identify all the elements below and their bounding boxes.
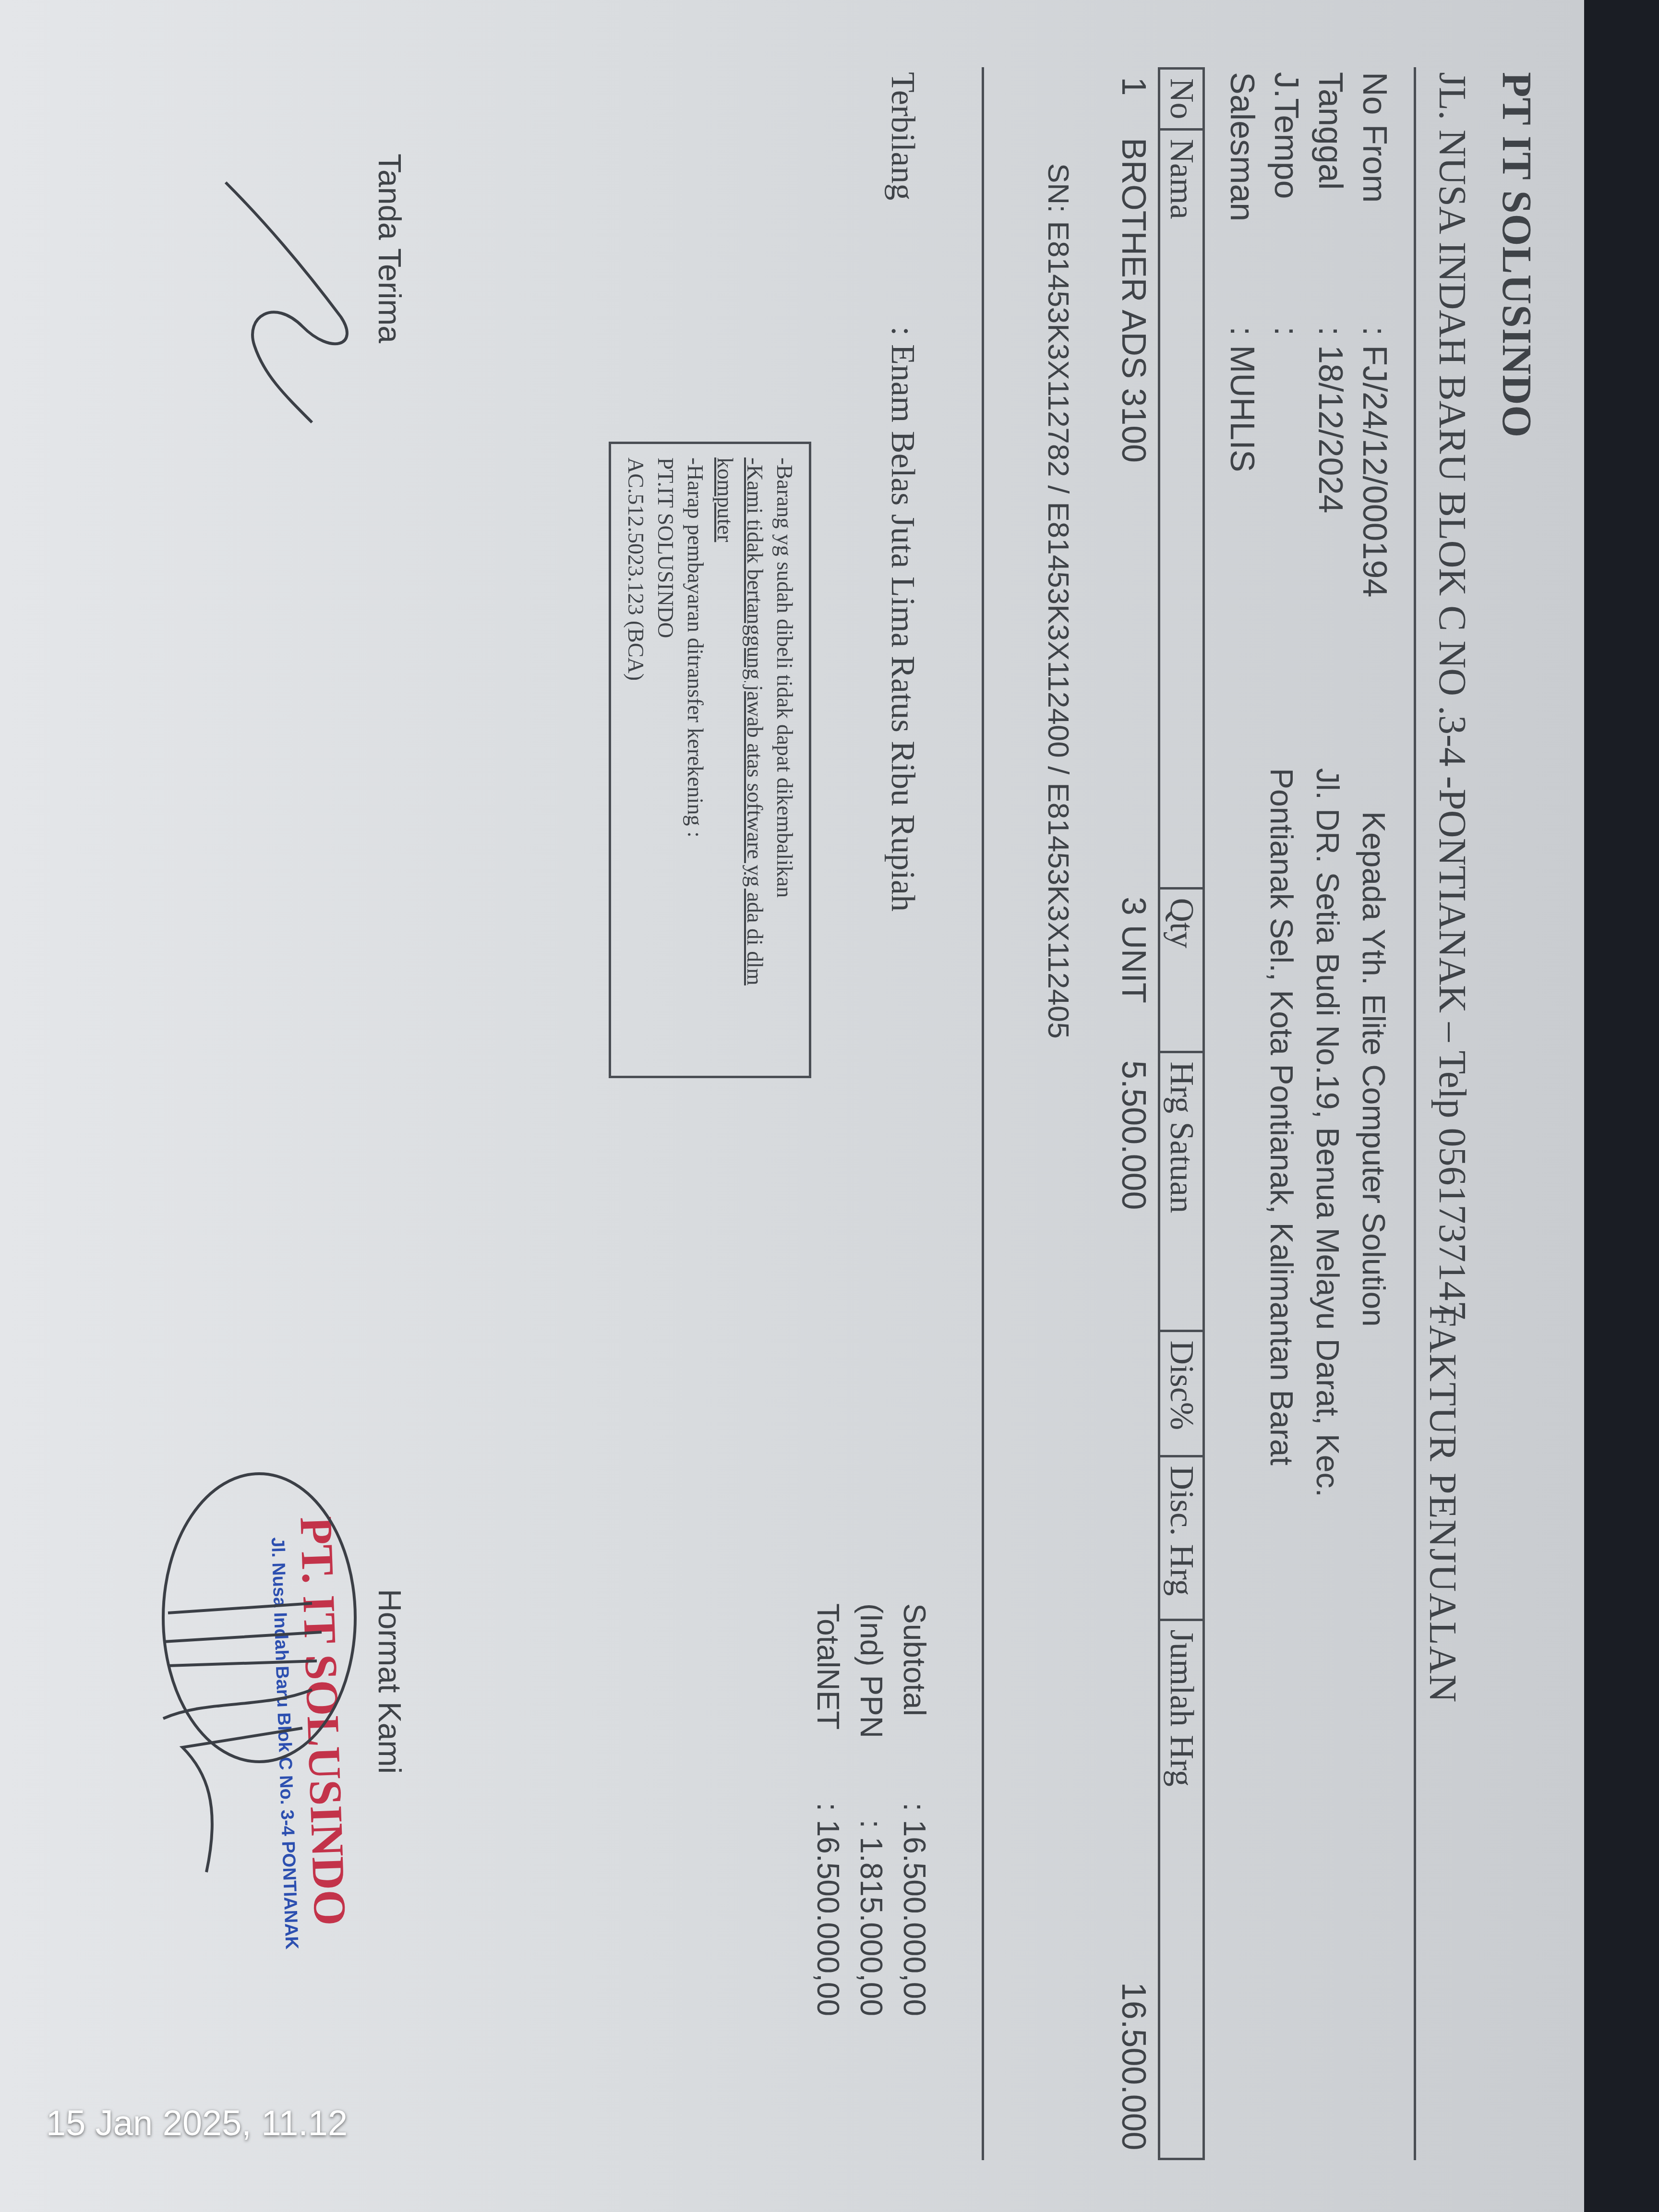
column-header: Disc. Hrg [1159, 1456, 1204, 1620]
note-line: -Barang yg sudah dibeli tidak dapat dike… [769, 457, 799, 1062]
stamp-name: PT. IT SOLUSINDO [290, 1516, 356, 1927]
item-discount-amount [1110, 1456, 1159, 1620]
meta-label: Salesman [1220, 72, 1264, 326]
item-total: 16.500.000 [1110, 1620, 1159, 2159]
tax-row: (Ind) PPN : 1.815.000,00 [850, 1603, 893, 2016]
serial-numbers: SN: E81453K3X112782 / E81453K3X112400 / … [1041, 163, 1075, 1039]
company-name: PT IT SOLUSINDO [1493, 72, 1541, 438]
terbilang-label: Terbilang [883, 72, 922, 326]
receiver-signature-label: Tanda Terima [372, 154, 408, 343]
company-stamp: PT. IT SOLUSINDO Jl. Nusa Indah Baru Blo… [266, 1515, 358, 1949]
table-row: 1 BROTHER ADS 3100 3 UNIT 5.500.000 16.5… [1110, 69, 1159, 2159]
invoice-meta: No From : FJ/24/12/000194 Tanggal : 18/1… [1220, 72, 1397, 597]
invoice-paper: PT IT SOLUSINDO JL. NUSA INDAH BARU BLOK… [0, 0, 1584, 2212]
company-address: JL. NUSA INDAH BARU BLOK C NO .3-4 -PONT… [1430, 72, 1474, 1320]
note-line: PT.IT SOLUSINDO [650, 457, 680, 1062]
total-value: : 16.500.000,00 [806, 1767, 850, 2016]
item-qty: 3 UNIT [1110, 888, 1159, 1052]
items-header-row: No Nama Qty Hrg Satuan Disc% Disc. Hrg J… [1159, 69, 1204, 2159]
terms-notes-box: -Barang yg sudah dibeli tidak dapat dike… [609, 442, 811, 1078]
bank-account: AC.512.5023.123 (BCA) [621, 457, 650, 1062]
recipient-name: Kepada Yth. Elite Computer Solution [1351, 768, 1397, 1497]
item-name: BROTHER ADS 3100 [1110, 129, 1159, 888]
meta-label: J.Tempo [1264, 72, 1309, 326]
sender-signature-label: Hormat Kami [372, 1589, 408, 1774]
totals-block: Subtotal : 16.500.000,00 (Ind) PPN : 1.8… [806, 1603, 936, 2016]
amount-in-words: Terbilang : Enam Belas Juta Lima Ratus R… [883, 72, 922, 912]
total-value: : 1.815.000,00 [850, 1767, 893, 2016]
meta-label: No From [1353, 72, 1397, 326]
meta-label: Tanggal [1309, 72, 1353, 326]
recipient-address-line: Pontianak Sel., Kota Pontianak, Kalimant… [1259, 768, 1305, 1497]
header-divider [1414, 67, 1416, 2160]
invoice-document: PT IT SOLUSINDO JL. NUSA INDAH BARU BLOK… [24, 29, 1560, 2199]
meta-value: : MUHLIS [1220, 326, 1264, 472]
total-label: (Ind) PPN [850, 1603, 893, 1767]
item-unit-price: 5.500.000 [1110, 1052, 1159, 1331]
item-discount-pct [1110, 1331, 1159, 1456]
note-line: -Kami tidak bertanggung jawab atas softw… [710, 457, 769, 1062]
meta-row-number: No From : FJ/24/12/000194 [1353, 72, 1397, 597]
meta-row-salesman: Salesman : MUHLIS [1220, 72, 1264, 597]
subtotal-row: Subtotal : 16.500.000,00 [893, 1603, 936, 2016]
net-total-row: TotalNET : 16.500.000,00 [806, 1603, 850, 2016]
note-line: -Harap pembayaran ditransfer kerekening … [680, 457, 710, 1062]
total-value: : 16.500.000,00 [893, 1767, 936, 2016]
column-header: Hrg Satuan [1159, 1052, 1204, 1331]
column-header: Qty [1159, 888, 1204, 1052]
photo-timestamp: 15 Jan 2025, 11.12 [46, 2103, 348, 2143]
items-table: No Nama Qty Hrg Satuan Disc% Disc. Hrg J… [1110, 67, 1205, 2160]
recipient-address-line: Jl. DR. Setia Budi No.19, Benua Melayu D… [1305, 768, 1351, 1497]
column-header: Jumlah Hrg [1159, 1620, 1204, 2159]
terbilang-value: : Enam Belas Juta Lima Ratus Ribu Rupiah [883, 326, 922, 912]
total-label: Subtotal [893, 1603, 936, 1767]
receiver-signature-icon [216, 173, 370, 470]
meta-value: : [1264, 326, 1309, 336]
table-bottom-divider [982, 67, 984, 2160]
column-header: Nama [1159, 129, 1204, 888]
meta-value: : FJ/24/12/000194 [1353, 326, 1397, 597]
meta-row-due: J.Tempo : [1264, 72, 1309, 597]
recipient-block: Kepada Yth. Elite Computer Solution Jl. … [1259, 768, 1397, 1497]
meta-row-date: Tanggal : 18/12/2024 [1309, 72, 1353, 597]
meta-value: : 18/12/2024 [1309, 326, 1353, 513]
column-header: Disc% [1159, 1331, 1204, 1456]
total-label: TotalNET [806, 1603, 850, 1767]
item-no: 1 [1110, 69, 1159, 130]
document-title: FAKTUR PENJUALAN [1420, 1306, 1464, 1703]
column-header: No [1159, 69, 1204, 130]
